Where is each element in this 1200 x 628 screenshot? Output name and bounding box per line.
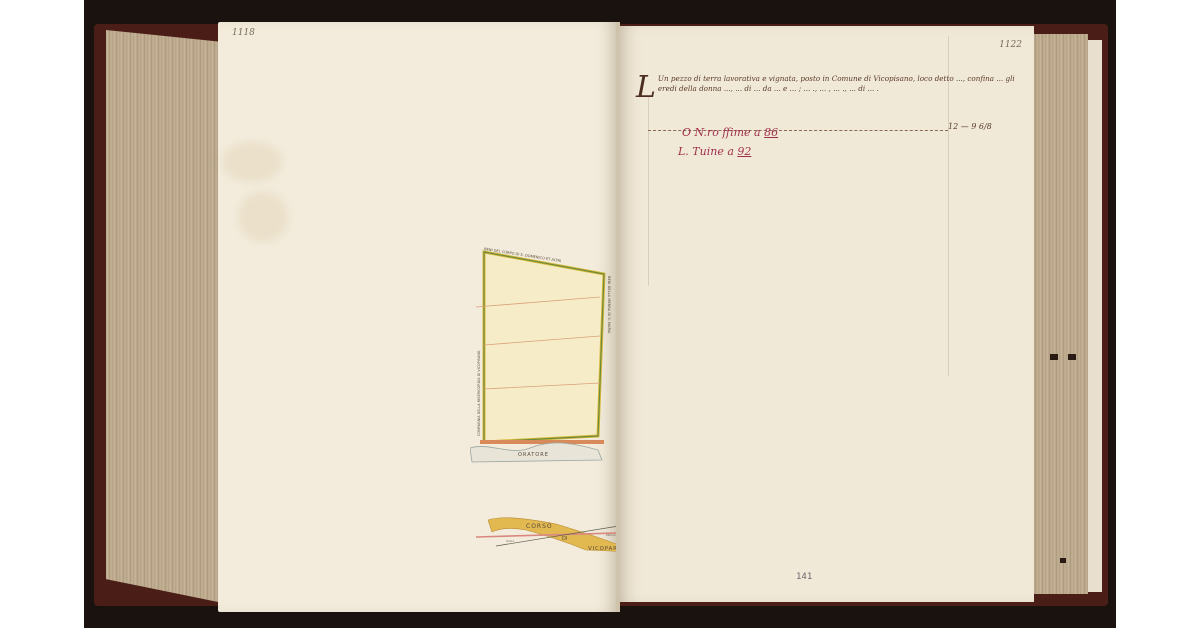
folio-number-right: 1122 <box>999 40 1022 50</box>
svg-text:CORSO: CORSO <box>526 523 553 530</box>
page-edges-left <box>106 30 218 602</box>
right-page: 1122 L Un pezzo di terra lavorativa e vi… <box>618 26 1034 602</box>
tab-marker <box>1050 354 1058 360</box>
folio-number-left: 1118 <box>232 28 255 38</box>
red-note-1: O N.ro ffime a 86 <box>682 126 778 139</box>
page-edges-right <box>1032 34 1088 594</box>
svg-text:SCALA: SCALA <box>506 539 514 543</box>
manuscript-scan: 1118 BENI DEL CORPO DI S. DOMENICO ET AL… <box>84 0 1116 628</box>
parcel-map: BENI DEL CORPO DI S. DOMENICO ET ALTRI C… <box>470 236 620 476</box>
left-page: 1118 BENI DEL CORPO DI S. DOMENICO ET AL… <box>218 22 618 612</box>
page-stamp: 141 <box>796 572 812 582</box>
red-note-label: O N.ro ffime a <box>682 126 761 139</box>
stain <box>238 192 288 242</box>
tab-marker <box>1060 558 1066 563</box>
page-edge-strip <box>1088 40 1102 592</box>
register-entry: L Un pezzo di terra lavorativa e vignata… <box>636 74 1021 102</box>
entry-value: 12 — 9 6/8 <box>948 122 992 131</box>
entry-initial: L <box>636 74 656 102</box>
svg-text:BENI DELLA MENSA DI S. MARIA: BENI DELLA MENSA DI S. MARIA <box>607 276 611 334</box>
margin-rule <box>648 96 649 286</box>
entry-text: Un pezzo di terra lavorativa e vignata, … <box>658 74 1015 93</box>
svg-text:ORATORE: ORATORE <box>518 452 549 458</box>
red-note-number: 86 <box>764 126 778 139</box>
red-note-number: 92 <box>737 145 751 158</box>
red-note-2: L. Tuine a 92 <box>678 145 751 158</box>
red-note-label: L. Tuine a <box>678 145 734 158</box>
svg-text:DI: DI <box>562 536 567 542</box>
svg-text:COMPAGNIA DELLA MISERICORDIA D: COMPAGNIA DELLA MISERICORDIA DI VICOPISA… <box>477 350 481 436</box>
tab-marker <box>1068 354 1076 360</box>
stain <box>222 142 282 182</box>
